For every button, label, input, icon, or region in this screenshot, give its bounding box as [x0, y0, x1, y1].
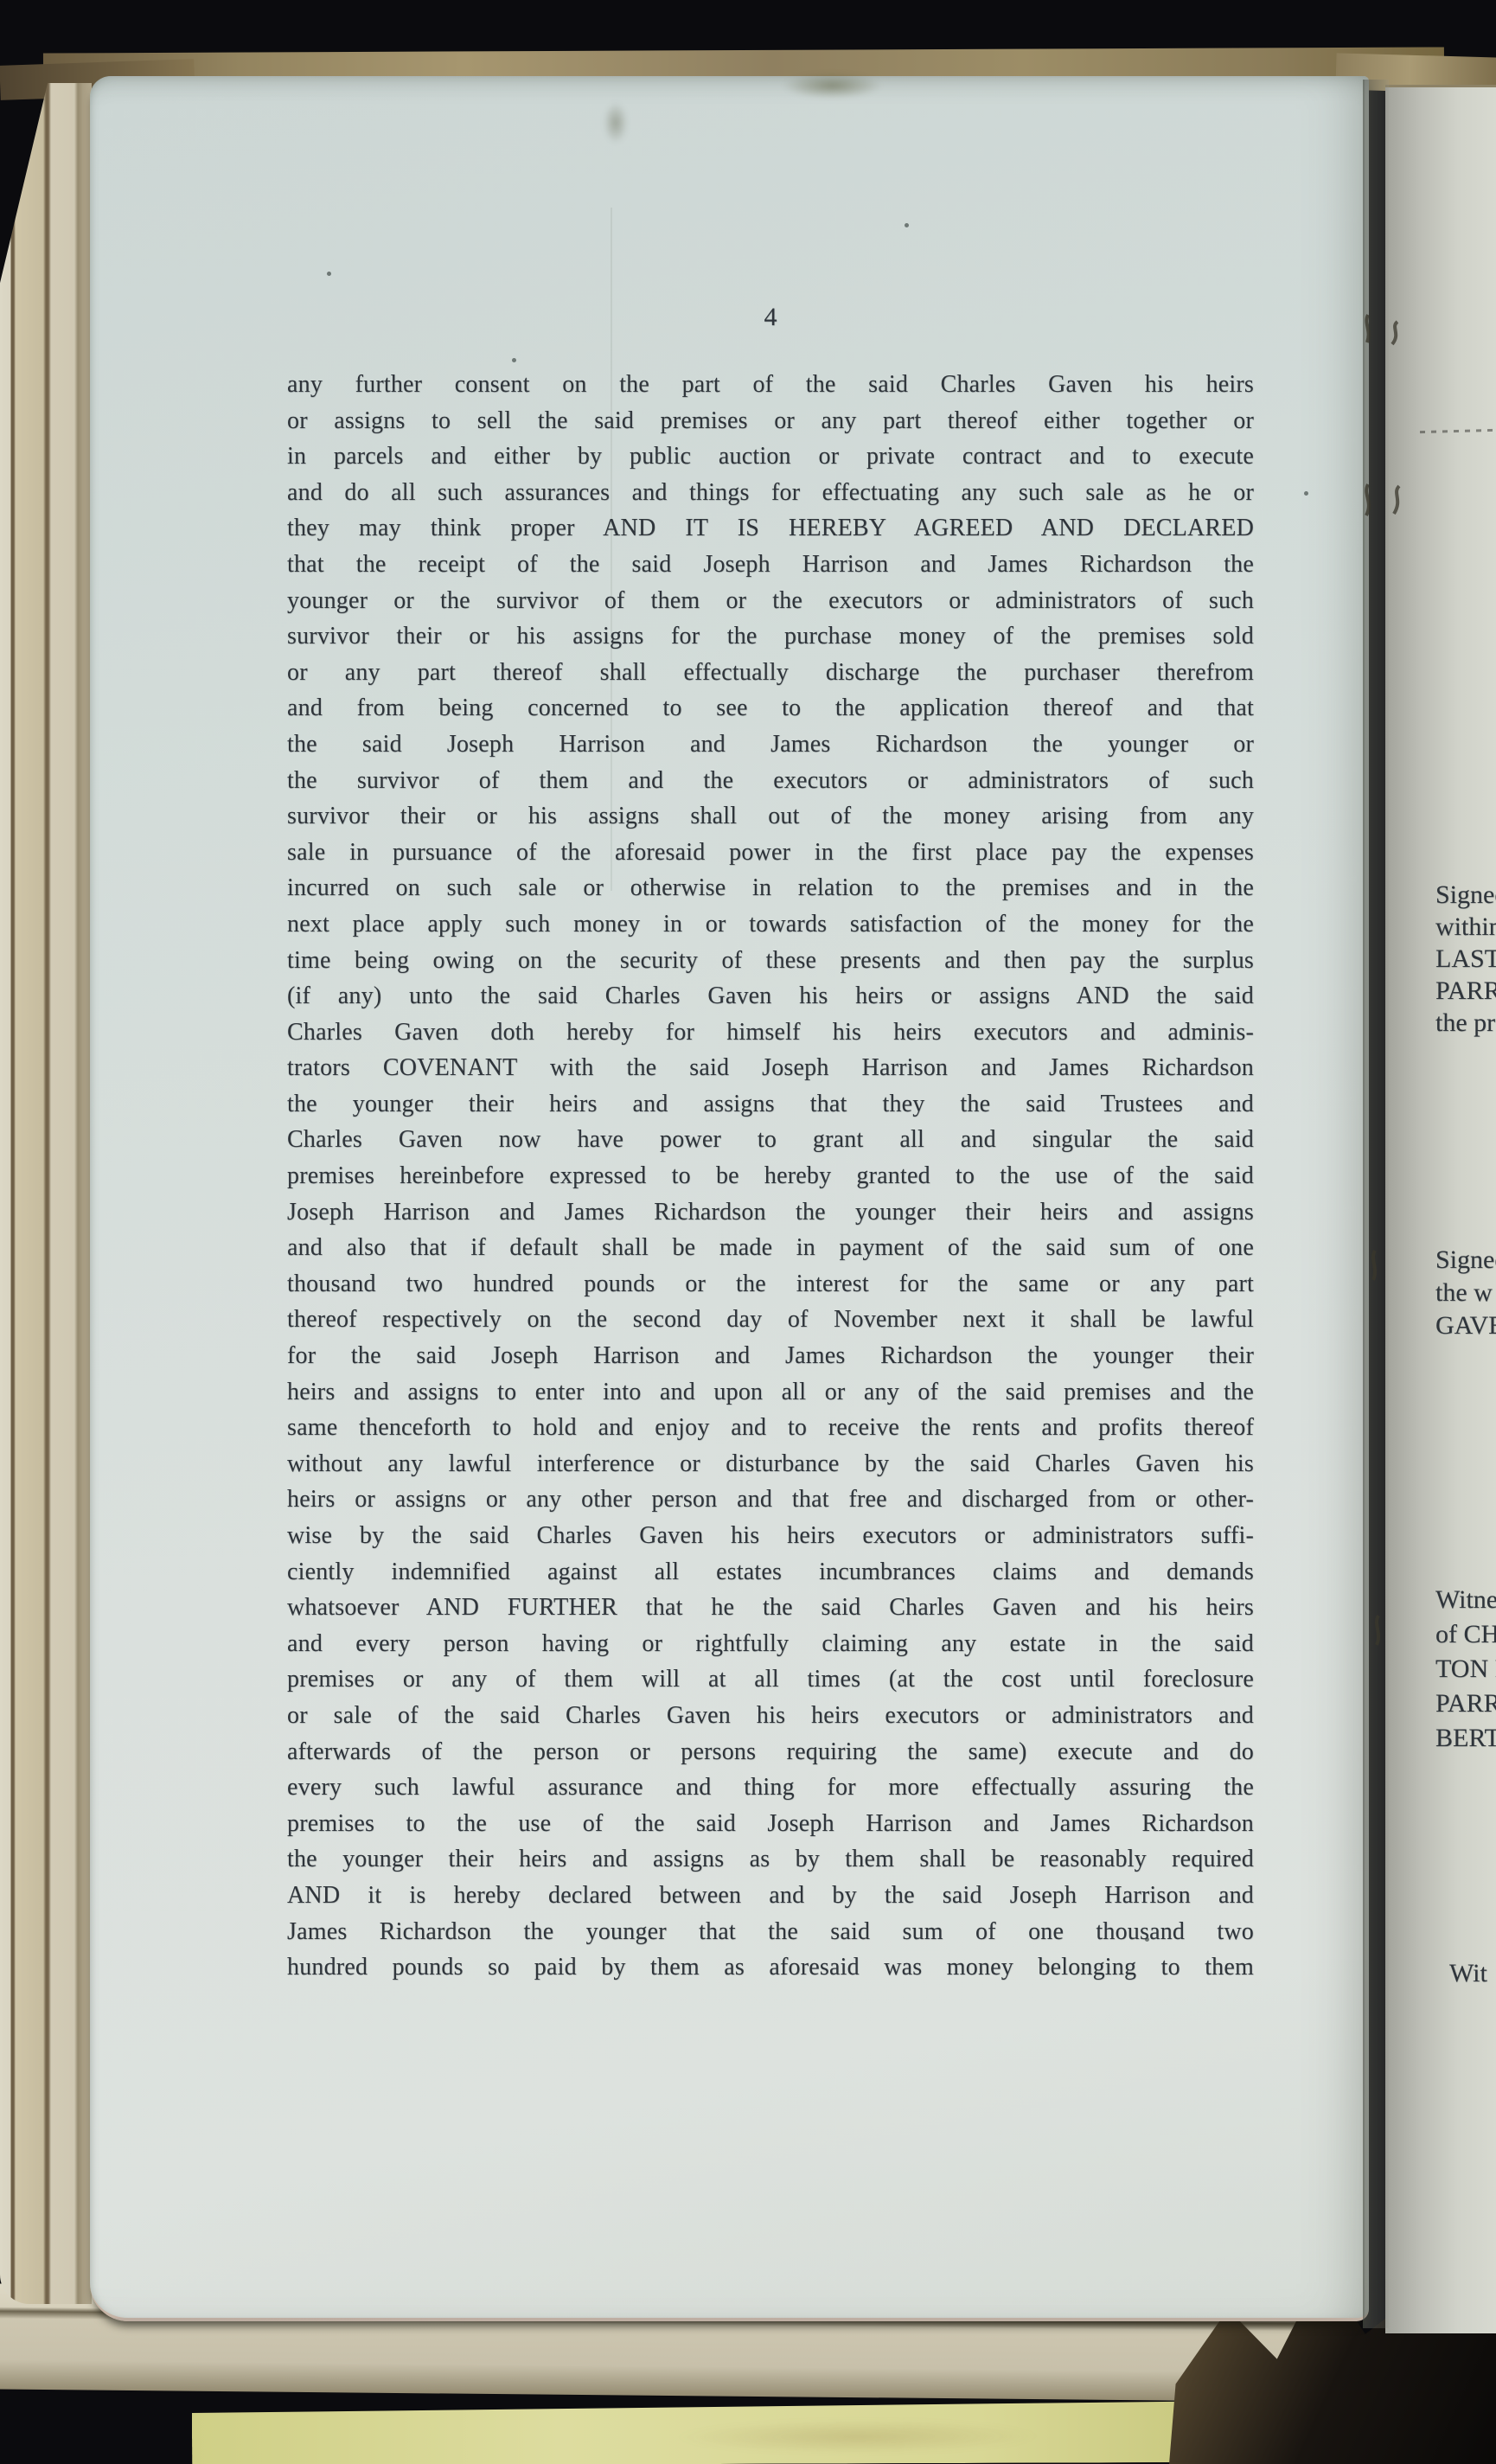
handwriting-smudge	[676, 2419, 1039, 2454]
text-line: and from being concerned to see to the a…	[287, 690, 1254, 726]
text-line: and every person having or rightfully cl…	[287, 1626, 1254, 1662]
text-line: incurred on such sale or otherwise in re…	[287, 870, 1254, 906]
margin-note-line: within	[1415, 911, 1496, 943]
margin-note-line: the w	[1415, 1277, 1496, 1309]
text-line: James Richardson the younger that the sa…	[287, 1914, 1254, 1950]
margin-note-line: Signed	[1415, 1244, 1496, 1277]
text-line: any further consent on the part of the s…	[287, 367, 1254, 403]
text-line: without any lawful interference or distu…	[287, 1446, 1254, 1482]
yellow-underpage	[192, 2401, 1243, 2464]
text-line: Joseph Harrison and James Richardson the…	[287, 1194, 1254, 1231]
margin-note-line: PARR	[1415, 975, 1496, 1007]
sewing-thread-mark	[1359, 477, 1411, 526]
text-line: heirs or assigns or any other person and…	[287, 1482, 1254, 1518]
text-line: hundred pounds so paid by them as afores…	[287, 1949, 1254, 1986]
text-line: the younger their heirs and assigns that…	[287, 1086, 1254, 1123]
margin-note-line: the pr	[1415, 1007, 1496, 1039]
book-photo: 4 any further consent on the part of the…	[0, 0, 1496, 2464]
text-line: they may think proper AND IT IS HEREBY A…	[287, 510, 1254, 547]
gutter-fold	[1363, 80, 1389, 2328]
text-line: and do all such assurances and things fo…	[287, 475, 1254, 511]
text-line: Charles Gaven doth hereby for himself hi…	[287, 1014, 1254, 1051]
text-line: the younger their heirs and assigns as b…	[287, 1841, 1254, 1878]
ink-speck	[1304, 491, 1308, 496]
margin-note-line: BERT	[1415, 1721, 1496, 1756]
ink-stain	[604, 102, 628, 144]
text-line: in parcels and either by public auction …	[287, 438, 1254, 475]
margin-note-line: TON F	[1415, 1652, 1496, 1686]
text-line: same thenceforth to hold and enjoy and t…	[287, 1410, 1254, 1446]
deed-body-text: any further consent on the part of the s…	[287, 367, 1254, 1986]
text-line: time being owing on the security of thes…	[287, 943, 1254, 979]
margin-note-line: GAVE	[1415, 1309, 1496, 1342]
text-line: or assigns to sell the said premises or …	[287, 403, 1254, 439]
sewing-thread-mark	[1370, 1610, 1418, 1655]
margin-note-line: Signed	[1415, 879, 1496, 911]
text-line: premises hereinbefore expressed to be he…	[287, 1158, 1254, 1194]
margin-note-signed-2: Signedthe wGAVE	[1415, 1244, 1496, 1342]
text-line: that the receipt of the said Joseph Harr…	[287, 547, 1254, 583]
text-line: trators COVENANT with the said Joseph Ha…	[287, 1050, 1254, 1086]
text-line: Charles Gaven now have power to grant al…	[287, 1122, 1254, 1158]
text-line: AND it is hereby declared between and by…	[287, 1878, 1254, 1914]
left-page-edges-stack	[0, 83, 92, 2304]
text-line: younger or the survivor of them or the e…	[287, 583, 1254, 619]
text-line: heirs and assigns to enter into and upon…	[287, 1374, 1254, 1411]
text-line: or any part thereof shall effectually di…	[287, 655, 1254, 691]
text-line: the survivor of them and the executors o…	[287, 763, 1254, 799]
text-line: wise by the said Charles Gaven his heirs…	[287, 1518, 1254, 1554]
text-line: premises to the use of the said Joseph H…	[287, 1806, 1254, 1842]
ink-speck	[327, 272, 331, 276]
text-line: or sale of the said Charles Gaven his he…	[287, 1698, 1254, 1734]
text-line: thereof respectively on the second day o…	[287, 1302, 1254, 1338]
margin-note-line: Witness	[1415, 1583, 1496, 1617]
ink-stain	[783, 73, 882, 99]
text-line: survivor their or his assigns shall out …	[287, 798, 1254, 835]
margin-note-witness-2: Wit	[1429, 1956, 1496, 1991]
text-line: and also that if default shall be made i…	[287, 1230, 1254, 1266]
right-page-partial	[1385, 85, 1496, 2333]
text-line: survivor their or his assigns for the pu…	[287, 618, 1254, 655]
text-line: next place apply such money in or toward…	[287, 906, 1254, 943]
text-line: sale in pursuance of the aforesaid power…	[287, 835, 1254, 871]
text-line: whatsoever AND FURTHER that he the said …	[287, 1590, 1254, 1626]
margin-note-line: LAST	[1415, 943, 1496, 975]
text-line: (if any) unto the said Charles Gaven his…	[287, 978, 1254, 1014]
margin-note-line: PARR	[1415, 1686, 1496, 1721]
text-line: the said Joseph Harrison and James Richa…	[287, 726, 1254, 763]
text-line: every such lawful assurance and thing fo…	[287, 1770, 1254, 1806]
ink-speck	[905, 223, 909, 227]
text-line: afterwards of the person or persons requ…	[287, 1734, 1254, 1770]
text-line: premises or any of them will at all time…	[287, 1661, 1254, 1698]
margin-note-witness-1: Witnessof CHTON FPARRBERT	[1415, 1583, 1496, 1756]
margin-note-signed-1: SignedwithinLASTPARRthe pr	[1415, 879, 1496, 1039]
margin-note-line: of CH	[1415, 1617, 1496, 1652]
text-line: for the said Joseph Harrison and James R…	[287, 1338, 1254, 1374]
ink-speck	[512, 358, 516, 362]
sewing-thread-mark	[1366, 1245, 1415, 1290]
page-number: 4	[287, 303, 1254, 332]
margin-note-line: Wit	[1429, 1956, 1496, 1991]
text-line: thousand two hundred pounds or the inter…	[287, 1266, 1254, 1302]
text-line: ciently indemnified against all estates …	[287, 1554, 1254, 1590]
sewing-thread-mark	[1361, 310, 1410, 355]
